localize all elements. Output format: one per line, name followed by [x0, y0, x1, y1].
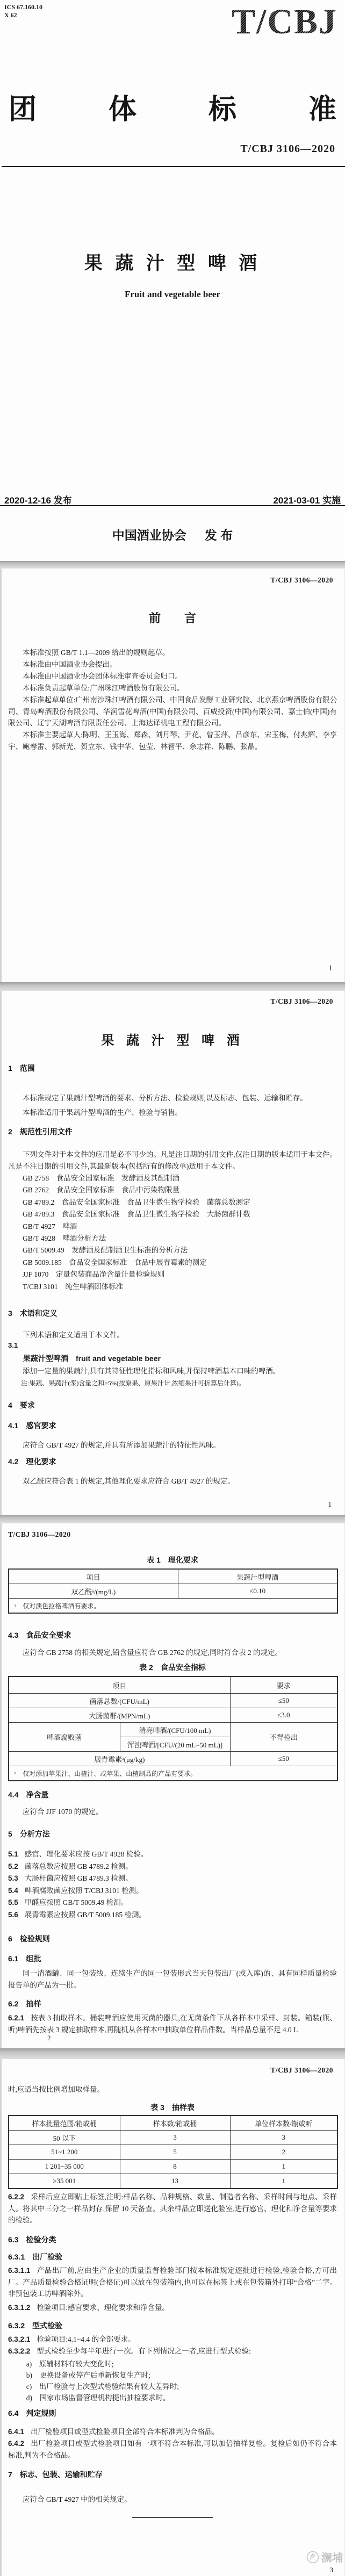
- table-2-caption: 表 2 食品安全指标: [0, 1662, 345, 1673]
- table-2-subitem: 清亮啤酒/(CFU/100 mL): [120, 1723, 230, 1737]
- section-6-3-heading: 6.3 检验分类: [8, 2234, 56, 2245]
- condition-item: c) 出厂检验与上次型式检验结果有较大差异时;: [8, 2381, 337, 2393]
- reference-item: GB/T 4928 啤酒分析方法: [8, 1233, 337, 1244]
- section-4-2-heading: 4.2 理化要求: [8, 1456, 56, 1467]
- table-2-item: 展青霉素ᵃ(μg/kg): [9, 1752, 230, 1766]
- condition-item: a) 原辅材料有较大变化时;: [8, 2358, 337, 2370]
- table-1-caption: 表 1 理化要求: [0, 1555, 345, 1565]
- table-row: 1 201~35 000 8 1: [9, 2160, 337, 2174]
- table-row: 大肠菌群/(MPN/mL) ≤3.0: [9, 1708, 337, 1723]
- reference-item: GB 2758 食品安全国家标准 发酵酒及其配制酒: [8, 1172, 337, 1184]
- method-text: 展青霉素应按照 GB/T 5009.185 检测。: [25, 1911, 146, 1919]
- section-6-4-1-paragraph: 6.4.1出厂检验项目或型式检验项目全部符合本标准判为合格品。: [8, 2426, 337, 2438]
- issue-date: 2020-12-16 发布: [4, 493, 72, 506]
- ics-number: ICS 67.160.10: [4, 3, 42, 11]
- watermark-logo-icon: [306, 2550, 320, 2564]
- method-number: 5.6: [8, 1911, 18, 1919]
- page-header: T/CBJ 3106—2020: [8, 1530, 71, 1539]
- section-6-3-1-2-paragraph: 6.3.1.2检验项目:感官要求、理化要求和净含量。: [8, 2302, 337, 2314]
- reference-item: GB/T 4927 啤酒: [8, 1221, 337, 1233]
- condition-item: d) 国家市场监督管理机构提出抽检要求时。: [8, 2392, 337, 2404]
- content-page-3: T/CBJ 3106—2020 时,应适当按比例增加取样量。 表 3 抽样表 样…: [0, 2059, 345, 2576]
- cover-title-en: Fruit and vegetable beer: [0, 289, 345, 300]
- standard-number: T/CBJ 3106—2020: [240, 143, 335, 155]
- page-separator: [0, 561, 345, 569]
- clause-text: 按表 3 抽取样本。桶装啤酒应使用灭菌的器具,在无菌条件下从各样本中采样、封装。…: [8, 2014, 337, 2034]
- page-number: 1: [328, 1500, 332, 1509]
- clause-text: 产品出厂前,应由生产企业的质量监督检验部门按本标准规定逐批进行检验,检验合格,方…: [8, 2266, 337, 2298]
- table-row: 双乙酰ᵃ/(mg/L) ≤0.10: [9, 1584, 337, 1599]
- section-6-2-1-continuation: 时,应适当按比例增加取样量。: [8, 2084, 337, 2096]
- table-2-header-req: 要求: [230, 1676, 337, 1694]
- watermark: 澜埔: [306, 2549, 343, 2565]
- ics-block: ICS 67.160.10 X 62: [4, 3, 42, 19]
- section-3-heading: 3 术语和定义: [8, 1308, 57, 1319]
- table-2-value: ≤50: [230, 1752, 337, 1766]
- cover-rule-top: [2, 166, 345, 167]
- section-4-4-heading: 4.4 净含量: [8, 1789, 48, 1800]
- method-text: 大肠杆菌应按照 GB 4789.3 检测。: [25, 1874, 133, 1882]
- table-row: 展青霉素ᵃ(μg/kg) ≤50: [9, 1752, 337, 1766]
- type-char: 体: [109, 96, 136, 124]
- clause-number: 6.3.1.1: [8, 2266, 30, 2275]
- section-1-heading: 1 范围: [8, 1063, 35, 1074]
- cover-title-cn: 果 蔬 汁 型 啤 酒: [0, 248, 345, 275]
- section-4-4-paragraph: 应符合 JJF 1070 的规定。: [8, 1806, 337, 1818]
- standard-org-logo: T/CBJ: [232, 4, 337, 40]
- cover-page: ICS 67.160.10 X 62 T/CBJ 团 体 标 准 T/CBJ 3…: [0, 0, 345, 561]
- table-3-caption: 表 3 抽样表: [0, 2102, 345, 2113]
- method-number: 5.3: [8, 1874, 18, 1882]
- clause-text: 型式检验至少每半年进行一次。有下列情况之一者,应进行型式检验:: [37, 2347, 251, 2355]
- page-header: T/CBJ 3106—2020: [270, 576, 333, 585]
- section-6-2-1-paragraph: 6.2.1按表 3 抽取样本。桶装啤酒应使用灭菌的器具,在无菌条件下从各样本中采…: [8, 2012, 337, 2035]
- content-page-2: T/CBJ 3106—2020 表 1 理化要求 项目 果蔬汁型啤酒 双乙酰ᵃ/…: [0, 1523, 345, 2048]
- reference-item: GB/T 5009.49 发酵酒及配制酒卫生标准的分析方法: [8, 1244, 337, 1256]
- clause-number: 6.4.2: [8, 2440, 24, 2448]
- cover-rule-bottom: [0, 505, 345, 506]
- foreword-paragraph: 本标准主要起草人:陈明、王玉海、郑森、刘月琴、尹花、曾玉萍、吕彦东、宋玉梅、付兆…: [8, 729, 337, 752]
- term-note: 注:果蔬、果蔬汁(浆)含量之和≥5%(按原果、原果汁计,浓缩果汁可折算后计算)。: [8, 1378, 337, 1388]
- cover-dates: 2020-12-16 发布 2021-03-01 实施: [4, 493, 341, 506]
- table-1-header-item: 项目: [9, 1569, 178, 1584]
- table-row: 50 以下 3 3: [9, 2131, 337, 2145]
- section-6-3-2-heading: 6.3.2 型式检验: [8, 2320, 62, 2331]
- section-4-2-paragraph: 双乙酰应符合表 1 的规定,其他理化要求应符合 GB/T 4927 的规定。: [8, 1476, 337, 1487]
- foreword-paragraph: 本标准由中国酒业协会团体标准审查委员会归口。: [8, 671, 337, 682]
- clause-text: 采样后应立即贴上标签,注明:样品名称、品种规格、数量、制造者名称、采样时间与地点…: [8, 2193, 337, 2224]
- reference-list: GB 2758 食品安全国家标准 发酵酒及其配制酒 GB 2762 食品安全国家…: [8, 1172, 337, 1293]
- reference-item: GB 4789.2 食品安全国家标准 食品卫生微生物学检验 菌落总数测定: [8, 1197, 337, 1208]
- table-3-cell: 1: [230, 2160, 337, 2174]
- method-item: 5.4啤酒腐败菌应按照 T/CBJ 3101 检测。: [8, 1884, 337, 1895]
- table-2-item: 大肠菌群/(MPN/mL): [9, 1708, 230, 1723]
- term-number: 3.1: [8, 1341, 18, 1349]
- publisher-row: 中国酒业协会发 布: [0, 526, 345, 543]
- section-6-3-2-2-paragraph: 6.3.2.2型式检验至少每半年进行一次。有下列情况之一者,应进行型式检验:: [8, 2345, 337, 2357]
- clause-number: 6.4.1: [8, 2428, 24, 2436]
- section-6-4-2-paragraph: 6.4.2出厂检验项目或型式检验项目如有一项不符合本标准,可以加倍抽样复检。复检…: [8, 2438, 337, 2461]
- table-1-item: 双乙酰ᵃ/(mg/L): [9, 1584, 178, 1599]
- clause-text: 检验项目:4.1~4.4 的全部要求。: [37, 2335, 135, 2343]
- type-char: 准: [308, 96, 336, 124]
- physicochemical-table: 项目 果蔬汁型啤酒 双乙酰ᵃ/(mg/L) ≤0.10 ᵃ 仅对淡色拉格啤酒有要…: [8, 1568, 338, 1614]
- body-title: 果 蔬 汁 型 啤 酒: [0, 1030, 345, 1048]
- clause-text: 检验项目:感官要求、理化要求和净含量。: [37, 2304, 169, 2312]
- page-header: T/CBJ 3106—2020: [270, 2066, 333, 2075]
- table-row: ᵃ 仅对淡色拉格啤酒有要求。: [9, 1599, 337, 1614]
- table-2: 项目 要求 菌落总数/(CFU/mL) ≤50 大肠菌群/(MPN/mL) ≤3…: [8, 1676, 338, 1781]
- table-3-cell: 3: [120, 2131, 230, 2145]
- table-row: 项目 果蔬汁型啤酒: [9, 1569, 337, 1584]
- method-number: 5.4: [8, 1887, 18, 1895]
- table-2-subitem: 浑浊啤酒/[CFU/(20 mL~50 mL)]: [120, 1737, 230, 1752]
- section-6-3-1-1-paragraph: 6.3.1.1产品出厂前,应由生产企业的质量监督检验部门按本标准规定逐批进行检验…: [8, 2265, 337, 2300]
- table-3-cell: 8: [120, 2160, 230, 2174]
- method-item: 5.6展青霉素应按照 GB/T 5009.185 检测。: [8, 1909, 337, 1919]
- method-item: 5.5甲醛应按照 GB/T 5009.49 检测。: [8, 1896, 337, 1907]
- table-1-footnote: ᵃ 仅对淡色拉格啤酒有要求。: [9, 1599, 337, 1614]
- section-4-1-paragraph: 应符合 GB/T 4927 的规定,并具有所添加果蔬汁的特征性风味。: [8, 1440, 337, 1451]
- section-6-1-paragraph: 同一清酒罐、同一包装线、连续生产的同一包装形式当天包装出厂(或入库)的、具有同样…: [8, 1968, 337, 1991]
- table-3-cell: 2: [230, 2145, 337, 2160]
- table-3: 样本批量范围/箱或桶 样本数/箱或桶 单位样本数/瓶或听 50 以下 3 3 5…: [8, 2115, 338, 2189]
- clause-number: 6.2.2: [8, 2193, 24, 2201]
- section-5-heading: 5 分析方法: [8, 1829, 50, 1839]
- section-4-1-heading: 4.1 感官要求: [8, 1420, 56, 1431]
- type-char: 团: [9, 96, 37, 124]
- table-2-footnote: ᵃ 仅对添加苹果汁、山楂汁、或苹果、山楂制品的产品有要求。: [9, 1766, 337, 1781]
- table-2-item: 菌落总数/(CFU/mL): [9, 1694, 230, 1708]
- section-6-2-2-paragraph: 6.2.2采样后应立即贴上标签,注明:样品名称、品种规格、数量、制造者名称、采样…: [8, 2191, 337, 2226]
- table-3-cell: 1 201~35 000: [9, 2160, 120, 2174]
- section-4-3-heading: 4.3 食品安全要求: [8, 1630, 71, 1640]
- section-6-4-heading: 6.4 判定规则: [8, 2408, 56, 2419]
- method-number: 5.1: [8, 1850, 18, 1858]
- page-number: 2: [47, 2034, 51, 2042]
- implement-date: 2021-03-01 实施: [273, 493, 341, 506]
- table-row: ≥35 001 13 1: [9, 2174, 337, 2189]
- section-4-3-paragraph: 应符合 GB 2758 的相关规定,铅含量应符合 GB 2762 的规定,同时符…: [8, 1647, 337, 1659]
- table-3-header: 样本数/箱或桶: [120, 2116, 230, 2131]
- section-7-heading: 7 标志、包装、运输和贮存: [8, 2469, 103, 2480]
- table-3-cell: 3: [230, 2131, 337, 2145]
- content-page-1: T/CBJ 3106—2020 果 蔬 汁 型 啤 酒 1 范围 本标准规定了果…: [0, 991, 345, 1515]
- table-3-header: 样本批量范围/箱或桶: [9, 2116, 120, 2131]
- method-item: 5.1感官、理化要求应按 GB/T 4928 检验。: [8, 1848, 337, 1859]
- table-3-cell: 5: [120, 2145, 230, 2160]
- method-number: 5.2: [8, 1862, 18, 1870]
- section-2-heading: 2 规范性引用文件: [8, 1126, 73, 1137]
- clause-number: 6.3.2.2: [8, 2347, 30, 2355]
- method-text: 菌落总数应按照 GB 4789.2 检测。: [25, 1862, 133, 1870]
- section-6-3-2-1-paragraph: 6.3.2.1检验项目:4.1~4.4 的全部要求。: [8, 2334, 337, 2345]
- page-separator: [0, 2048, 345, 2059]
- method-text: 啤酒腐败菌应按照 T/CBJ 3101 检测。: [25, 1887, 143, 1895]
- page-number: Ⅰ: [329, 964, 332, 973]
- section-2-intro: 下列文件对于本文件的应用是必不可少的。凡是注日期的引用文件,仅注日期的版本适用于…: [8, 1149, 337, 1172]
- document-viewer: ICS 67.160.10 X 62 T/CBJ 团 体 标 准 T/CBJ 3…: [0, 0, 345, 2576]
- page-separator: [0, 1515, 345, 1523]
- page-separator: [0, 982, 345, 991]
- section-6-1-heading: 6.1 组批: [8, 1953, 41, 1964]
- table-row: 菌落总数/(CFU/mL) ≤50: [9, 1694, 337, 1708]
- table-1: 项目 果蔬汁型啤酒 双乙酰ᵃ/(mg/L) ≤0.10 ᵃ 仅对淡色拉格啤酒有要…: [8, 1568, 338, 1614]
- standard-type-title: 团 体 标 准: [9, 96, 336, 124]
- table-3-cell: ≥35 001: [9, 2174, 120, 2189]
- section-1-paragraph: 本标准规定了果蔬汁型啤酒的要求、分析方法、检验规则,以及标志、包装、运输和贮存。: [8, 1092, 337, 1104]
- food-safety-table: 项目 要求 菌落总数/(CFU/mL) ≤50 大肠菌群/(MPN/mL) ≤3…: [8, 1676, 338, 1781]
- method-text: 甲醛应按照 GB/T 5009.49 检测。: [25, 1898, 128, 1906]
- table-row: 项目 要求: [9, 1676, 337, 1694]
- publisher-name: 中国酒业协会: [112, 528, 186, 542]
- method-item: 5.2菌落总数应按照 GB 4789.2 检测。: [8, 1860, 337, 1871]
- table-3-cell: 51~1 200: [9, 2145, 120, 2160]
- reference-item: GB 4789.3 食品安全国家标准 食品卫生微生物学检验 大肠菌群计数: [8, 1208, 337, 1220]
- table-3-cell: 13: [120, 2174, 230, 2189]
- table-2-value: ≤3.0: [230, 1708, 337, 1723]
- clause-number: 6.2.1: [8, 2014, 24, 2022]
- reference-item: T/CBJ 3101 纯生啤酒团体标准: [8, 1281, 337, 1293]
- classification-code: X 62: [4, 11, 42, 19]
- method-item: 5.3大肠杆菌应按照 GB 4789.3 检测。: [8, 1872, 337, 1883]
- term-entry: 果蔬汁型啤酒 fruit and vegetable beer: [8, 1353, 337, 1364]
- table-3-header: 单位样本数/瓶或听: [230, 2116, 337, 2131]
- clause-text: 出厂检验项目或型式检验项目全部符合本标准判为合格品。: [31, 2428, 219, 2436]
- foreword-title: 前 言: [0, 609, 345, 626]
- reference-item: GB 5009.185 食品安全国家标准 食品中展青霉素的测定: [8, 1257, 337, 1269]
- section-7-paragraph: 应符合 GB/T 4927 中的相关规定。: [8, 2494, 337, 2506]
- term-definition: 添加一定量的果蔬汁,具有其特征性理化指标和风味,并保持啤酒基本口味的啤酒。: [8, 1365, 337, 1377]
- foreword-paragraph: 本标准负责起草单位:广州珠江啤酒股份有限公司。: [8, 682, 337, 694]
- foreword-page: T/CBJ 3106—2020 前 言 本标准按照 GB/T 1.1—2009 …: [0, 569, 345, 982]
- table-3-cell: 1: [230, 2174, 337, 2189]
- table-row: 啤酒腐败菌 清亮啤酒/(CFU/100 mL) 不得检出: [9, 1723, 337, 1737]
- clause-text: 出厂检验项目或型式检验项目如有一项不符合本标准,可以加倍抽样复检。复检后如仍不符…: [8, 2440, 337, 2459]
- publish-label: 发 布: [205, 528, 233, 542]
- table-2-value: 不得检出: [230, 1723, 337, 1752]
- sampling-table: 样本批量范围/箱或桶 样本数/箱或桶 单位样本数/瓶或听 50 以下 3 3 5…: [8, 2115, 338, 2189]
- foreword-paragraph: 本标准起草单位:广州南沙珠江啤酒有限公司、中国食品发酵工业研究院、北京燕京啤酒股…: [8, 694, 337, 729]
- reference-item: JJF 1070 定量包装商品净含量计量检验规则: [8, 1269, 337, 1280]
- page-number: 3: [330, 2566, 334, 2574]
- method-number: 5.5: [8, 1898, 18, 1906]
- clause-number: 6.3.2.1: [8, 2335, 30, 2343]
- table-1-header-product: 果蔬汁型啤酒: [178, 1569, 337, 1584]
- foreword-paragraph: 本标准由中国酒业协会提出。: [8, 659, 337, 671]
- table-1-value: ≤0.10: [178, 1584, 337, 1599]
- clause-number: 6.3.1.2: [8, 2304, 30, 2312]
- table-row: 51~1 200 5 2: [9, 2145, 337, 2160]
- type-char: 标: [209, 96, 236, 124]
- table-3-cell: 50 以下: [9, 2131, 120, 2145]
- table-row: ᵃ 仅对添加苹果汁、山楂汁、或苹果、山楂制品的产品有要求。: [9, 1766, 337, 1781]
- page-header: T/CBJ 3106—2020: [270, 997, 333, 1006]
- section-6-2-heading: 6.2 抽样: [8, 1998, 41, 2009]
- section-3-intro: 下列术语和定义适用于本文件。: [8, 1329, 337, 1341]
- section-1-paragraph: 本标准适用于果蔬汁型啤酒的生产、检验与销售。: [8, 1107, 337, 1119]
- end-of-document-rule: [0, 2517, 345, 2518]
- foreword-paragraph: 本标准按照 GB/T 1.1—2009 给出的规则起草。: [8, 647, 337, 659]
- table-2-item-group: 啤酒腐败菌: [9, 1723, 120, 1752]
- table-2-value: ≤50: [230, 1694, 337, 1708]
- section-6-heading: 6 检验规则: [8, 1933, 50, 1944]
- section-4-heading: 4 要求: [8, 1400, 35, 1411]
- condition-item: b) 更换设备或停产后重新恢复生产时;: [8, 2370, 337, 2381]
- reference-item: GB 2762 食品安全国家标准 食品中污染物限量: [8, 1184, 337, 1196]
- method-text: 感官、理化要求应按 GB/T 4928 检验。: [25, 1850, 148, 1858]
- section-6-3-1-heading: 6.3.1 出厂检验: [8, 2251, 62, 2262]
- table-row: 样本批量范围/箱或桶 样本数/箱或桶 单位样本数/瓶或听: [9, 2116, 337, 2131]
- table-2-header-item: 项目: [9, 1676, 230, 1694]
- watermark-text: 澜埔: [321, 2549, 343, 2565]
